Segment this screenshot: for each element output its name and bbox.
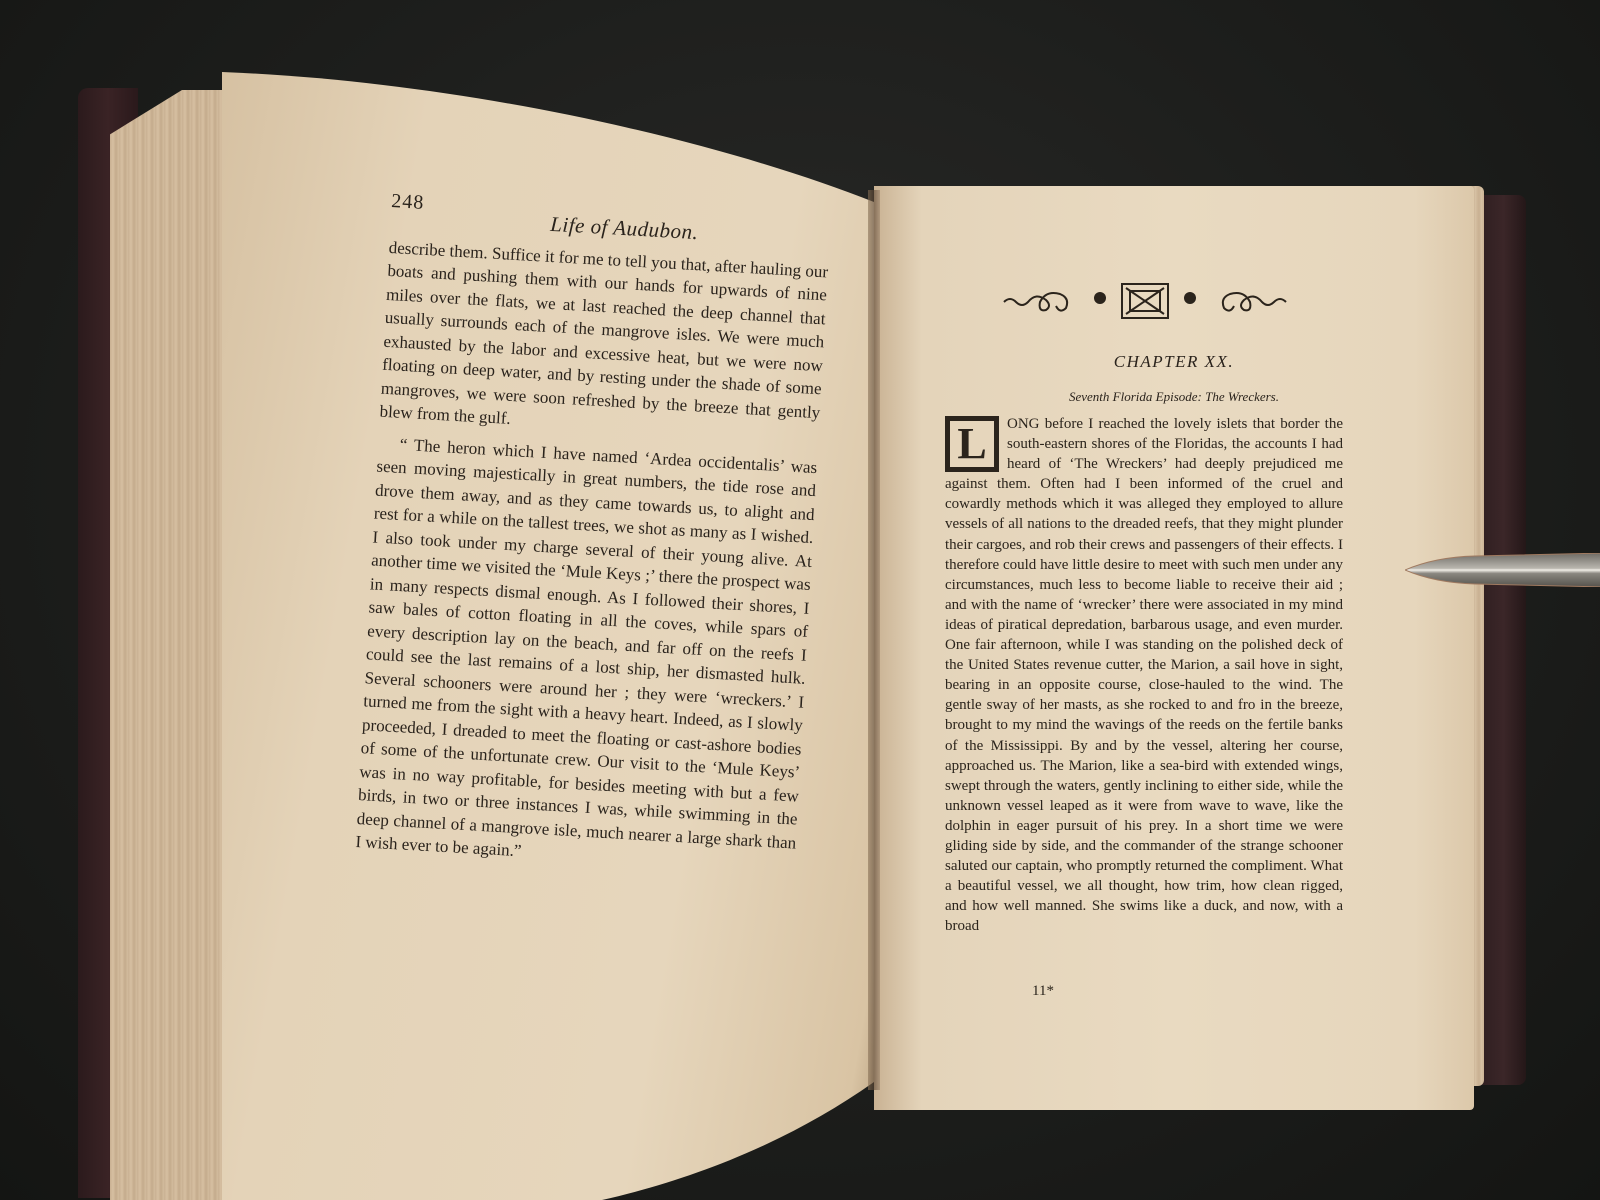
left-page-text: 248 Life of Audubon. describe them. Suff… (355, 190, 831, 878)
page-number: 248 (391, 190, 425, 215)
drop-cap-letter: L (957, 422, 986, 466)
chapter-title: CHAPTER XX. (874, 352, 1474, 372)
chapter-body: ONG before I reached the lovely islets t… (945, 416, 1343, 934)
left-page-body: describe them. Suffice it for me to tell… (355, 235, 829, 878)
chapter-subtitle: Seventh Florida Episode: The Wreckers. (874, 389, 1474, 405)
drop-cap: L (945, 416, 999, 472)
right-page-text: L ONG before I reached the lovely islets… (945, 414, 1343, 936)
page-block-left (110, 90, 230, 1200)
signature-mark: 11* (1032, 983, 1054, 1000)
letter-opener-icon (1405, 553, 1600, 587)
headpiece-ornament-icon (1000, 278, 1290, 324)
book-photo: 248 Life of Audubon. describe them. Suff… (0, 0, 1600, 1200)
paragraph: describe them. Suffice it for me to tell… (379, 235, 829, 447)
running-head: Life of Audubon. (550, 213, 699, 245)
paragraph: “ The heron which I have named ‘Ardea oc… (355, 431, 818, 878)
book-gutter (868, 190, 880, 1090)
